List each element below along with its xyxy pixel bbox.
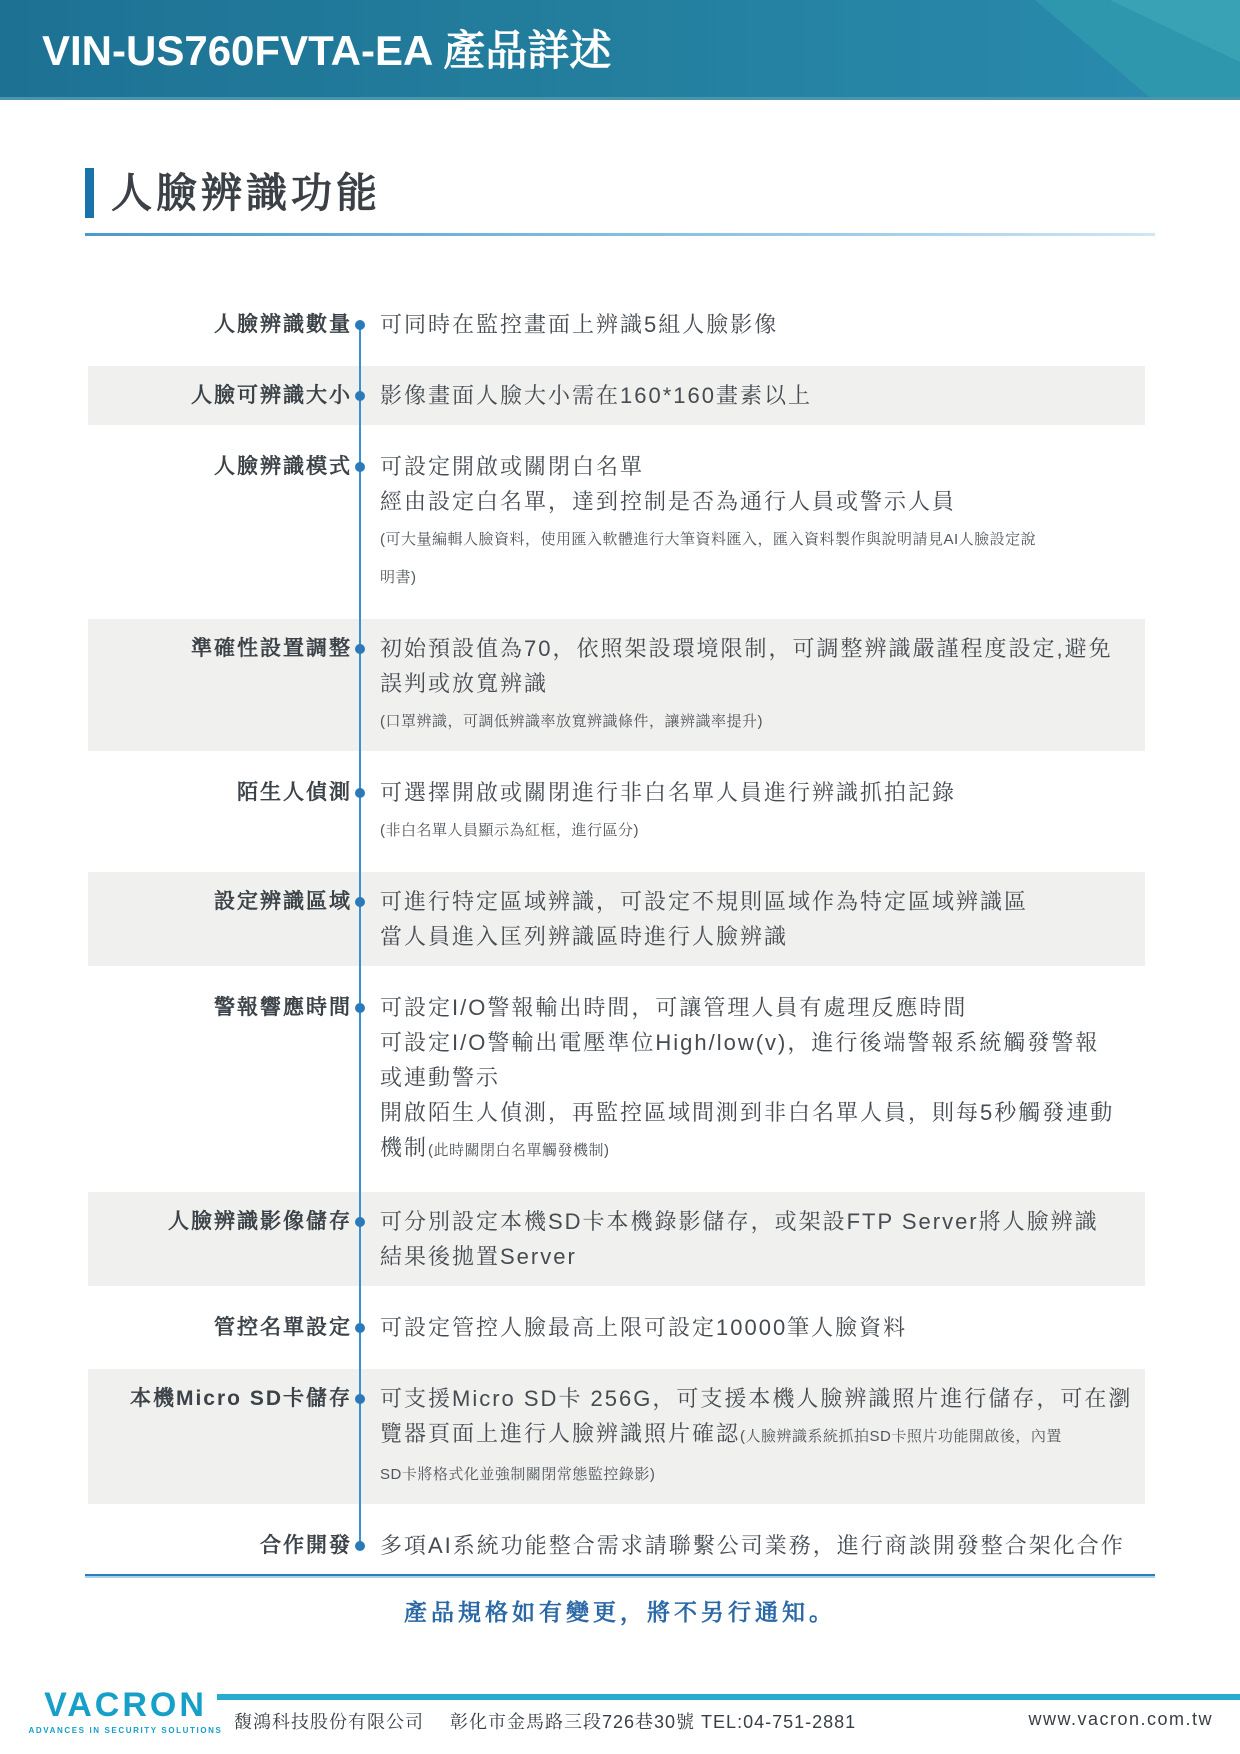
spec-text-line: 誤判或放寬辨識 <box>380 666 1145 701</box>
section-accent-bar <box>85 168 94 218</box>
spec-label: 人臉辨識模式 <box>88 449 352 595</box>
footer-company-line: 馥鴻科技股份有限公司彰化市金馬路三段726巷30號 TEL:04-751-288… <box>234 1708 856 1734</box>
logo-text: VACRON <box>28 1688 223 1722</box>
spec-text-line: 可選擇開啟或關閉進行非白名單人員進行辨識抓拍記錄 <box>380 775 1145 810</box>
spec-text-line: 開啟陌生人偵測，再監控區域間測到非白名單人員，則每5秒觸發連動 <box>380 1095 1145 1130</box>
spec-label: 人臉辨識影像儲存 <box>88 1204 352 1274</box>
spec-text-line: 影像畫面人臉大小需在160*160畫素以上 <box>380 378 1145 413</box>
spec-text-line: (可大量編輯人臉資料，使用匯入軟體進行大筆資料匯入，匯入資料製作與說明請見AI人… <box>380 519 1145 557</box>
bullet-dot <box>355 644 365 654</box>
footer-bar <box>217 1694 1240 1700</box>
spec-label: 人臉可辨識大小 <box>88 378 352 413</box>
bullet-dot <box>355 1541 365 1551</box>
bullet-dot <box>355 788 365 798</box>
spec-content: 可選擇開啟或關閉進行非白名單人員進行辨識抓拍記錄(非白名單人員顯示為紅框，進行區… <box>380 775 1145 848</box>
spec-text-line: 機制(此時關閉白名單觸發機制) <box>380 1130 1145 1168</box>
spec-text-line: 初始預設值為70，依照架設環境限制，可調整辨識嚴謹程度設定,避免 <box>380 631 1145 666</box>
spec-text-line: 可設定I/O警報輸出時間，可讓管理人員有處理反應時間 <box>380 990 1145 1025</box>
spec-text-line: 可進行特定區域辨識，可設定不規則區域作為特定區域辨識區 <box>380 884 1145 919</box>
bullet-dot <box>355 897 365 907</box>
spec-content: 可分別設定本機SD卡本機錄影儲存，或架設FTP Server將人臉辨識結果後拋置… <box>380 1204 1145 1274</box>
spec-content: 可設定I/O警報輸出時間，可讓管理人員有處理反應時間可設定I/O警輸出電壓準位H… <box>380 990 1145 1168</box>
spec-text-line: 可設定I/O警輸出電壓準位High/low(v)，進行後端警報系統觸發警報 <box>380 1025 1145 1060</box>
spec-row: 警報響應時間可設定I/O警報輸出時間，可讓管理人員有處理反應時間可設定I/O警輸… <box>88 978 1145 1180</box>
spec-label: 陌生人偵測 <box>88 775 352 848</box>
bullet-dot <box>355 1394 365 1404</box>
spec-row: 合作開發多項AI系統功能整合需求請聯繫公司業務，進行商談開發整合架化合作 <box>88 1516 1145 1575</box>
spec-text-line: 結果後拋置Server <box>380 1239 1145 1274</box>
spec-row: 管控名單設定可設定管控人臉最高上限可設定10000筆人臉資料 <box>88 1298 1145 1357</box>
bullet-dot <box>355 391 365 401</box>
spec-content: 可同時在監控畫面上辨識5組人臉影像 <box>380 307 1145 342</box>
spec-content: 可進行特定區域辨識，可設定不規則區域作為特定區域辨識區當人員進入匡列辨識區時進行… <box>380 884 1145 954</box>
footer-address-tel: 彰化市金馬路三段726巷30號 TEL:04-751-2881 <box>450 1712 856 1732</box>
bullet-dot <box>355 462 365 472</box>
spec-text-line: 當人員進入匡列辨識區時進行人臉辨識 <box>380 919 1145 954</box>
spec-row: 人臉辨識數量可同時在監控畫面上辨識5組人臉影像 <box>88 295 1145 354</box>
bullet-dot <box>355 1003 365 1013</box>
spec-text-line: (口罩辨識，可調低辨識率放寬辨識條件，讓辨識率提升) <box>380 701 1145 739</box>
page: VIN-US760FVTA-EA 產品詳述 人臉辨識功能 人臉辨識數量可同時在監… <box>0 0 1240 1754</box>
spec-label: 本機Micro SD卡儲存 <box>88 1381 352 1492</box>
header-banner: VIN-US760FVTA-EA 產品詳述 <box>0 0 1240 100</box>
spec-row: 人臉辨識影像儲存可分別設定本機SD卡本機錄影儲存，或架設FTP Server將人… <box>88 1192 1145 1286</box>
spec-content: 可設定開啟或關閉白名單經由設定白名單，達到控制是否為通行人員或警示人員(可大量編… <box>380 449 1145 595</box>
spec-row: 人臉辨識模式可設定開啟或關閉白名單經由設定白名單，達到控制是否為通行人員或警示人… <box>88 437 1145 607</box>
spec-row: 準確性設置調整初始預設值為70，依照架設環境限制，可調整辨識嚴謹程度設定,避免誤… <box>88 619 1145 751</box>
timeline-line <box>359 324 361 1545</box>
logo-tagline: ADVANCES IN SECURITY SOLUTIONS <box>28 1726 223 1735</box>
section-underline <box>85 233 1155 236</box>
spec-text-line: 經由設定白名單，達到控制是否為通行人員或警示人員 <box>380 484 1145 519</box>
spec-text-line: 可設定管控人臉最高上限可設定10000筆人臉資料 <box>380 1310 1145 1345</box>
spec-text-line: 可支援Micro SD卡 256G，可支援本機人臉辨識照片進行儲存，可在瀏 <box>380 1381 1145 1416</box>
spec-content: 多項AI系統功能整合需求請聯繫公司業務，進行商談開發整合架化合作 <box>380 1528 1145 1563</box>
page-title: VIN-US760FVTA-EA 產品詳述 <box>42 30 611 72</box>
bullet-dot <box>355 1323 365 1333</box>
spec-text-line: 或連動警示 <box>380 1060 1145 1095</box>
spec-text-line: 明書) <box>380 557 1145 595</box>
spec-content: 初始預設值為70，依照架設環境限制，可調整辨識嚴謹程度設定,避免誤判或放寬辨識(… <box>380 631 1145 739</box>
spec-text-line: SD卡將格式化並強制關閉常態監控錄影) <box>380 1454 1145 1492</box>
vacron-logo: VACRON ADVANCES IN SECURITY SOLUTIONS <box>28 1688 223 1735</box>
spec-row: 陌生人偵測可選擇開啟或關閉進行非白名單人員進行辨識抓拍記錄(非白名單人員顯示為紅… <box>88 763 1145 860</box>
spec-content: 可支援Micro SD卡 256G，可支援本機人臉辨識照片進行儲存，可在瀏覽器頁… <box>380 1381 1145 1492</box>
spec-label: 準確性設置調整 <box>88 631 352 739</box>
divider-line <box>85 1574 1155 1578</box>
spec-label: 合作開發 <box>88 1528 352 1563</box>
spec-text-line: 可設定開啟或關閉白名單 <box>380 449 1145 484</box>
spec-content: 影像畫面人臉大小需在160*160畫素以上 <box>380 378 1145 413</box>
spec-row: 本機Micro SD卡儲存可支援Micro SD卡 256G，可支援本機人臉辨識… <box>88 1369 1145 1504</box>
spec-label: 警報響應時間 <box>88 990 352 1168</box>
disclaimer-note: 產品規格如有變更，將不另行通知。 <box>0 1594 1240 1627</box>
spec-row: 人臉可辨識大小影像畫面人臉大小需在160*160畫素以上 <box>88 366 1145 425</box>
spec-table: 人臉辨識數量可同時在監控畫面上辨識5組人臉影像人臉可辨識大小影像畫面人臉大小需在… <box>0 295 1240 1575</box>
spec-text-line: 可同時在監控畫面上辨識5組人臉影像 <box>380 307 1145 342</box>
spec-row: 設定辨識區域可進行特定區域辨識，可設定不規則區域作為特定區域辨識區當人員進入匡列… <box>88 872 1145 966</box>
spec-content: 可設定管控人臉最高上限可設定10000筆人臉資料 <box>380 1310 1145 1345</box>
spec-text-line: (非白名單人員顯示為紅框，進行區分) <box>380 810 1145 848</box>
spec-text-line: 可分別設定本機SD卡本機錄影儲存，或架設FTP Server將人臉辨識 <box>380 1204 1145 1239</box>
spec-text-line: 多項AI系統功能整合需求請聯繫公司業務，進行商談開發整合架化合作 <box>380 1528 1145 1563</box>
spec-text-line: 覽器頁面上進行人臉辨識照片確認(人臉辨識系統抓拍SD卡照片功能開啟後，內置 <box>380 1416 1145 1454</box>
spec-label: 人臉辨識數量 <box>88 307 352 342</box>
bullet-dot <box>355 1217 365 1227</box>
spec-label: 設定辨識區域 <box>88 884 352 954</box>
section-title: 人臉辨識功能 <box>111 173 381 214</box>
spec-label: 管控名單設定 <box>88 1310 352 1345</box>
footer-website: www.vacron.com.tw <box>1028 1709 1213 1730</box>
bullet-dot <box>355 320 365 330</box>
footer-company: 馥鴻科技股份有限公司 <box>234 1712 424 1732</box>
section-heading: 人臉辨識功能 <box>85 167 1155 236</box>
